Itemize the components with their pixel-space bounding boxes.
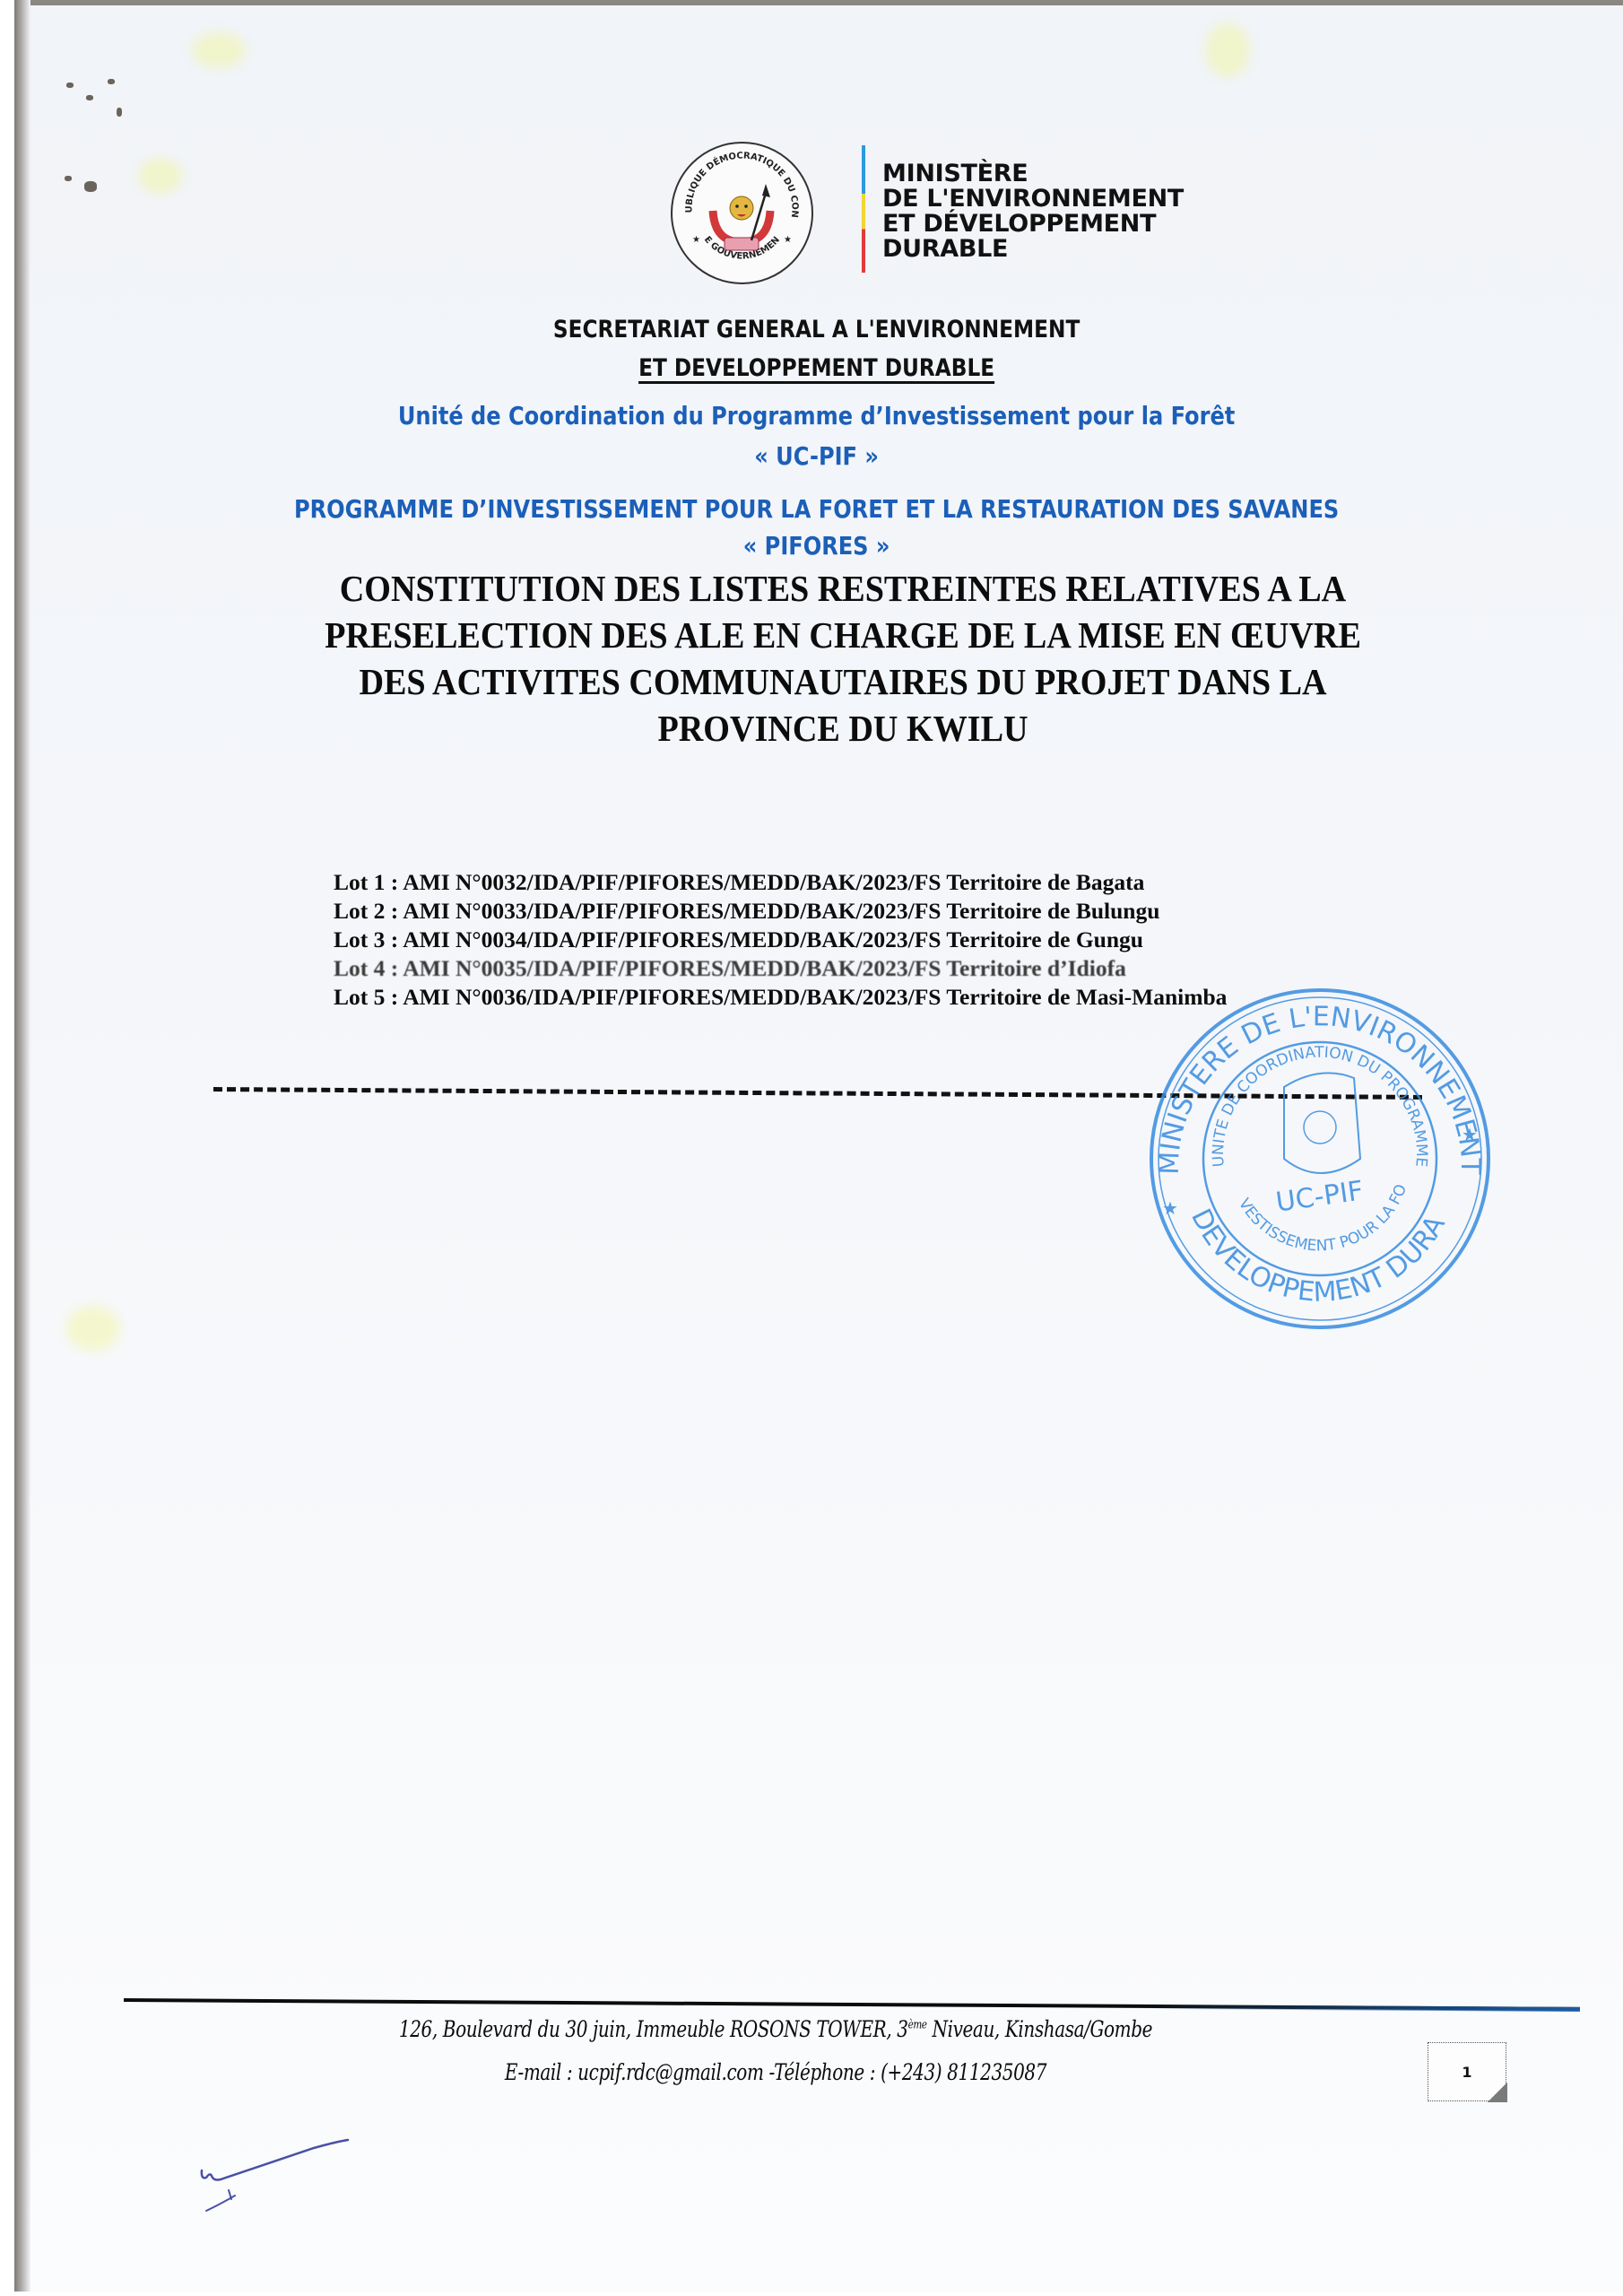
flag-color-bar <box>862 145 865 273</box>
svg-text:UNITE DE COORDINATION DU PROGR: UNITE DE COORDINATION DU PROGRAMME <box>1210 1044 1430 1168</box>
program-name: PROGRAMME D’INVESTISSEMENT POUR LA FORET… <box>118 494 1515 524</box>
lot-item: Lot 4 : AMI N°0035/IDA/PIF/PIFORES/MEDD/… <box>334 954 1227 983</box>
program-acronym: « PIFORES » <box>118 531 1515 561</box>
unit-name: Unité de Coordination du Programme d’Inv… <box>118 401 1515 430</box>
svg-text:UC-PIF: UC-PIF <box>1274 1175 1366 1218</box>
lot-item: Lot 5 : AMI N°0036/IDA/PIF/PIFORES/MEDD/… <box>334 983 1227 1012</box>
ministry-logo: RÉPUBLIQUE DÉMOCRATIQUE DU CONGO LE GOUV… <box>671 142 1182 285</box>
svg-text:★: ★ <box>1162 1197 1178 1219</box>
page-number-badge: 1 <box>1428 2042 1506 2101</box>
lot-item: Lot 1 : AMI N°0032/IDA/PIF/PIFORES/MEDD/… <box>334 868 1227 897</box>
page-curl-icon <box>1488 2083 1507 2102</box>
paper-stain <box>138 158 183 194</box>
footer-contact: E-mail : ucpif.rdc@gmail.com -Téléphone … <box>126 2059 1425 2085</box>
paper-stain <box>66 1306 120 1351</box>
drc-coat-of-arms-seal: RÉPUBLIQUE DÉMOCRATIQUE DU CONGO LE GOUV… <box>671 142 813 284</box>
official-stamp: MINISTERE DE L'ENVIRONNEMENT ET DEVELOPP… <box>1141 979 1499 1338</box>
ministry-name: MINISTÈRE DE L'ENVIRONNEMENT ET DÉVELOPP… <box>882 161 1184 262</box>
secretariat-heading: SECRETARIAT GENERAL A L'ENVIRONNEMENT <box>118 316 1515 344</box>
paper-stain <box>192 32 246 68</box>
lot-item: Lot 3 : AMI N°0034/IDA/PIF/PIFORES/MEDD/… <box>334 926 1227 954</box>
lot-list: Lot 1 : AMI N°0032/IDA/PIF/PIFORES/MEDD/… <box>334 868 1227 1012</box>
scan-edge <box>14 0 30 2292</box>
unit-acronym: « UC-PIF » <box>118 441 1515 471</box>
lot-item: Lot 2 : AMI N°0033/IDA/PIF/PIFORES/MEDD/… <box>334 897 1227 926</box>
svg-text:★: ★ <box>692 235 700 245</box>
document-title: CONSTITUTION DES LISTES RESTREINTES RELA… <box>284 565 1402 752</box>
footer-address: 126, Boulevard du 30 juin, Immeuble ROSO… <box>126 2016 1425 2042</box>
secretariat-subheading: ET DEVELOPPEMENT DURABLE <box>118 354 1515 382</box>
coat-of-arms-icon: RÉPUBLIQUE DÉMOCRATIQUE DU CONGO LE GOUV… <box>673 143 811 283</box>
svg-text:★: ★ <box>784 235 792 245</box>
stamp-seal-icon: MINISTERE DE L'ENVIRONNEMENT ET DEVELOPP… <box>1141 979 1499 1338</box>
handwritten-initials <box>179 2117 377 2220</box>
scan-edge <box>14 0 1623 5</box>
scan-margin <box>0 0 14 2296</box>
svg-text:★: ★ <box>1462 1124 1478 1145</box>
paper-stain <box>1205 23 1250 77</box>
